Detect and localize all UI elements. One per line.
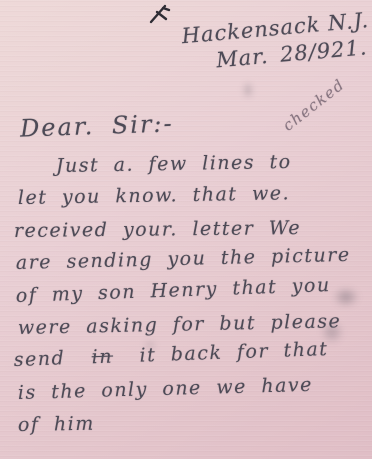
- letter-body: Just a. few lines to let you know. that …: [14, 155, 368, 447]
- pencil-smudge: [240, 78, 256, 102]
- pencil-annotation: checked: [279, 75, 348, 134]
- ink-scribble-icon: [148, 2, 176, 26]
- letter-header: Hackensack N.J. Mar. 28/921.: [181, 8, 372, 75]
- greeting-line: Dear. Sir:-: [20, 109, 175, 142]
- handwritten-line: of him: [18, 408, 369, 446]
- struck-word: in: [91, 346, 113, 369]
- letter-paper: Hackensack N.J. Mar. 28/921. checked Dea…: [0, 0, 372, 459]
- handwritten-line: let you know. that we.: [18, 181, 369, 219]
- line-segment: send: [13, 348, 65, 372]
- line-segment: it back for that: [139, 338, 329, 367]
